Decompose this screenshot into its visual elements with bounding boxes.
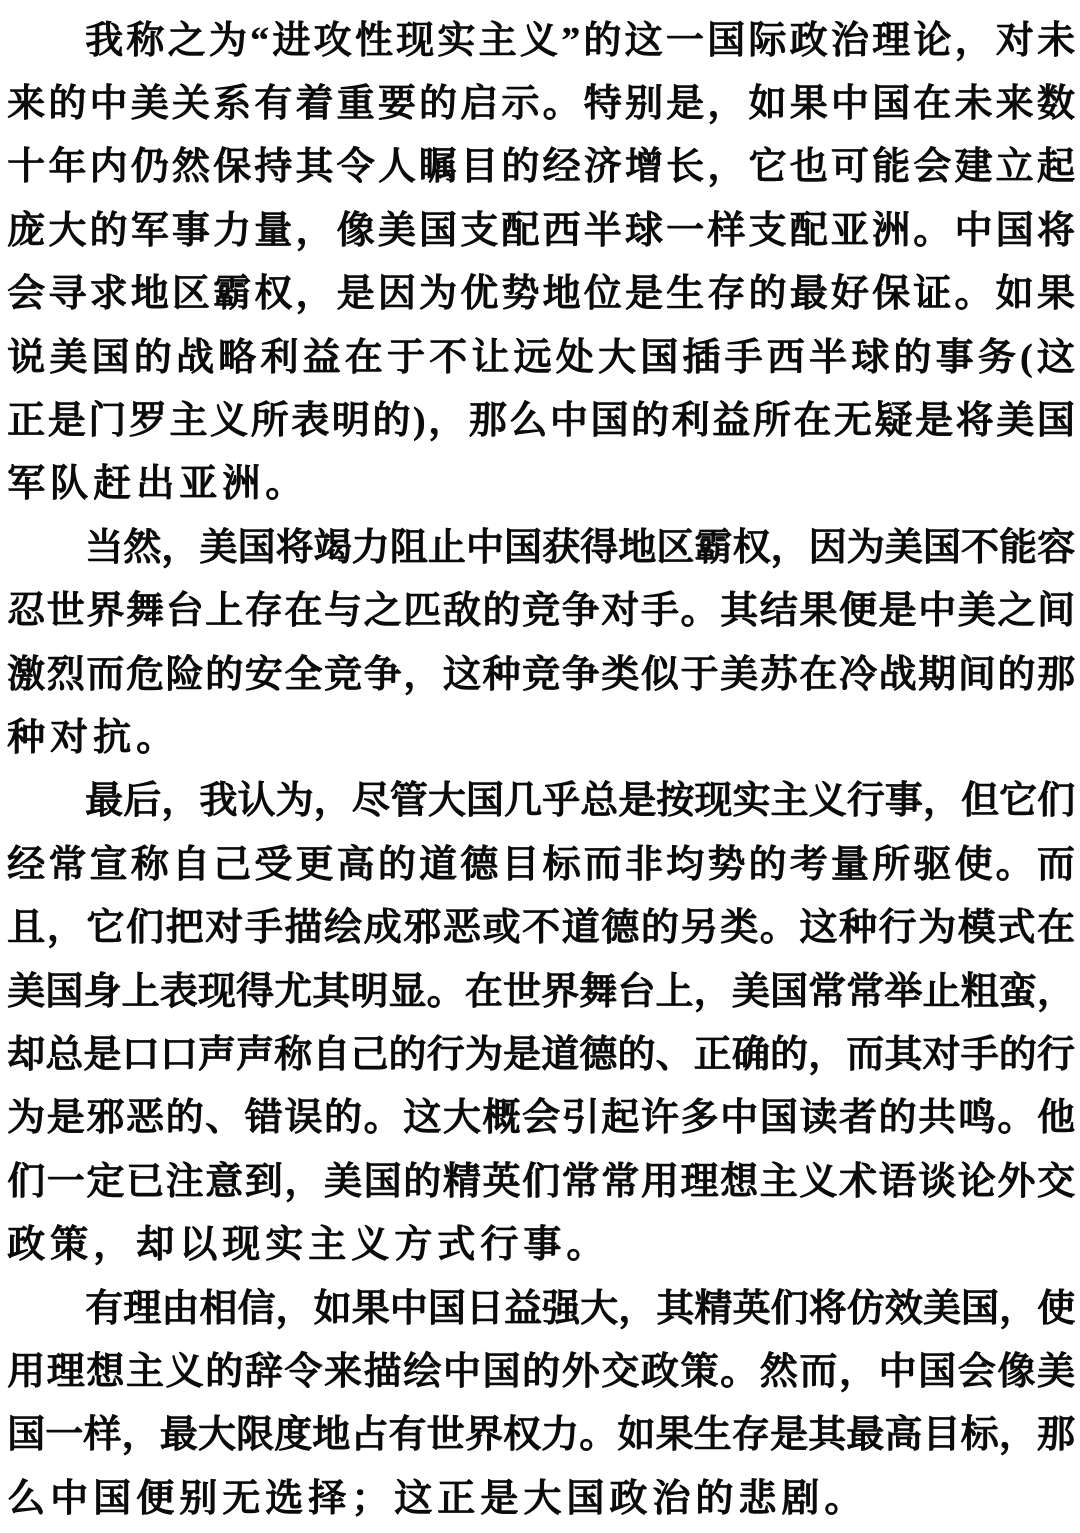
char: 声 — [236, 1036, 274, 1074]
char: 量 — [254, 212, 292, 250]
char: 为 — [918, 909, 956, 947]
char: 然 — [172, 148, 210, 186]
char: 立 — [996, 148, 1034, 186]
char: 台 — [617, 973, 655, 1011]
char: 之 — [168, 22, 206, 60]
char: 大 — [428, 782, 466, 820]
char: 在 — [465, 973, 503, 1011]
char: 果 — [790, 85, 828, 123]
char: 的 — [134, 339, 172, 377]
char: 以 — [179, 1226, 217, 1264]
char: 的 — [324, 1099, 362, 1137]
char: 它 — [86, 909, 124, 947]
char: 像 — [337, 212, 375, 250]
text-line: 当然，美国将竭力阻止中国获得地区霸权，因为美国不能容 — [7, 516, 1075, 579]
char: 是 — [47, 1099, 85, 1137]
char: 地 — [312, 1416, 350, 1454]
char: 治 — [652, 1480, 690, 1518]
char: 实 — [437, 22, 475, 60]
char: 国 — [7, 1416, 45, 1454]
char: 特 — [584, 85, 622, 123]
char: ， — [121, 1416, 159, 1454]
char: 行 — [480, 1226, 518, 1264]
char: ， — [923, 782, 961, 820]
char: 是 — [666, 85, 704, 123]
char: 有 — [85, 1290, 123, 1328]
char: 世 — [427, 1416, 465, 1454]
char: 势 — [707, 846, 745, 884]
char: 。 — [720, 1353, 758, 1391]
char: 果 — [352, 1290, 390, 1328]
char: 地 — [542, 275, 580, 313]
char: 如 — [996, 275, 1034, 313]
char: 口 — [160, 1036, 198, 1074]
char: 主 — [308, 1226, 346, 1264]
char: 常 — [48, 846, 86, 884]
char: ， — [275, 1290, 313, 1328]
text-line: 庞大的军事力量，像美国支配西半球一样支配亚洲。中国将 — [7, 199, 1075, 262]
char: 令 — [337, 148, 375, 186]
char: 不 — [961, 529, 999, 567]
char: 式 — [437, 1226, 475, 1264]
char: 概 — [482, 1099, 520, 1137]
char: 政 — [609, 1480, 647, 1518]
char: 其 — [312, 973, 350, 1011]
char: 尽 — [352, 782, 390, 820]
char: 使 — [1037, 1290, 1075, 1328]
char: 无 — [834, 402, 872, 440]
text-line: 忍世界舞台上存在与之匹敌的竞争对手。其结果便是中美之间 — [7, 580, 1075, 643]
char: 内 — [89, 148, 127, 186]
char: 长 — [666, 148, 704, 186]
char: ， — [707, 85, 745, 123]
char: 其 — [884, 1036, 922, 1074]
char: 便 — [839, 592, 877, 630]
char: 许 — [641, 1099, 679, 1137]
char: 国 — [707, 22, 745, 60]
char: 乎 — [542, 782, 580, 820]
char: 于 — [680, 656, 718, 694]
char: 性 — [355, 22, 393, 60]
char: 手 — [245, 909, 283, 947]
char: 常 — [808, 973, 846, 1011]
char: 国 — [419, 212, 457, 250]
char: 寻 — [48, 275, 86, 313]
text-line: 经常宣称自己受更高的道德目标而非均势的考量所驱使。而 — [7, 833, 1075, 896]
char: 好 — [831, 275, 869, 313]
char: 国 — [640, 339, 678, 377]
char: 日 — [466, 1290, 504, 1328]
char: 现 — [396, 22, 434, 60]
char: 这 — [799, 909, 837, 947]
char: 有 — [254, 85, 292, 123]
char: 最 — [85, 782, 123, 820]
char: 生 — [694, 1416, 732, 1454]
char: 目 — [922, 1416, 960, 1454]
char: 支 — [460, 212, 498, 250]
char: 度 — [274, 1416, 312, 1454]
char: 相 — [199, 1290, 237, 1328]
char: 择 — [308, 1480, 346, 1518]
char: 政 — [789, 22, 827, 60]
char: 的 — [748, 275, 786, 313]
char: 主 — [770, 782, 808, 820]
char: 那 — [1037, 1416, 1075, 1454]
char: 止 — [428, 529, 466, 567]
char: 辞 — [245, 1353, 283, 1391]
char: 强 — [542, 1290, 580, 1328]
char: 绘 — [403, 1353, 441, 1391]
char: 且 — [7, 909, 45, 947]
char: 成 — [363, 909, 401, 947]
char: 是 — [618, 782, 656, 820]
char: 把 — [165, 909, 203, 947]
char: 身 — [83, 973, 121, 1011]
char: ， — [694, 973, 732, 1011]
char: 烈 — [47, 656, 85, 694]
char: 保 — [872, 275, 910, 313]
char: 半 — [809, 339, 847, 377]
char: 竞 — [522, 592, 560, 630]
char: 国 — [45, 973, 83, 1011]
char: 的 — [205, 1353, 243, 1391]
char: 容 — [1037, 529, 1075, 567]
char: 称 — [131, 846, 169, 884]
char: 因 — [808, 529, 846, 567]
char: 。 — [427, 973, 465, 1011]
char: 间 — [1037, 592, 1075, 630]
char: 安 — [245, 656, 283, 694]
char: 而 — [799, 1353, 837, 1391]
char: “ — [250, 22, 269, 60]
char: 。 — [954, 275, 992, 313]
char: 为 — [275, 782, 313, 820]
char: 界 — [541, 973, 579, 1011]
char: 大 — [198, 1416, 236, 1454]
char: ， — [284, 1163, 322, 1201]
char: 略 — [218, 339, 256, 377]
char: 它 — [999, 782, 1037, 820]
char: ， — [428, 402, 466, 440]
char: 式 — [997, 909, 1035, 947]
char: 美 — [885, 529, 923, 567]
char: 行 — [1037, 1036, 1075, 1074]
char: 行 — [878, 909, 916, 947]
char: 争 — [363, 656, 401, 694]
char: 定 — [86, 1163, 124, 1201]
char: 更 — [295, 846, 333, 884]
char: ) — [413, 402, 426, 440]
char: 蛮 — [999, 973, 1037, 1011]
char: 门 — [88, 402, 126, 440]
char: 说 — [7, 339, 45, 377]
char: 交 — [1037, 1163, 1075, 1201]
char: ” — [561, 22, 580, 60]
text-line: 军队赶出亚洲。 — [7, 453, 1075, 516]
char: 十 — [7, 148, 45, 186]
char: 认 — [237, 782, 275, 820]
char: 竞 — [324, 656, 362, 694]
char: 其 — [295, 148, 333, 186]
char: 不 — [522, 909, 560, 947]
char: 如 — [617, 1416, 655, 1454]
char: 。 — [997, 1099, 1035, 1137]
char: 美 — [732, 973, 770, 1011]
char: 对 — [996, 22, 1034, 60]
char: 限 — [236, 1416, 274, 1454]
char: 结 — [760, 592, 798, 630]
char: 一 — [666, 22, 704, 60]
char: 美 — [7, 973, 45, 1011]
char: 而 — [846, 1036, 884, 1074]
char: 理 — [123, 1290, 161, 1328]
char: 是 — [503, 1036, 541, 1074]
char: 获 — [542, 529, 580, 567]
char: 保 — [213, 148, 251, 186]
char: 亚 — [831, 212, 869, 250]
char: 然 — [123, 529, 161, 567]
char: 标 — [542, 846, 580, 884]
char: 而 — [86, 656, 124, 694]
char: 么 — [509, 402, 547, 440]
char: 高 — [337, 846, 375, 884]
char: 是 — [337, 275, 375, 313]
text-line: 有理由相信，如果中国日益强大，其精英们将仿效美国，使 — [7, 1277, 1075, 1340]
char: 国 — [91, 339, 129, 377]
char: 样 — [83, 1416, 121, 1454]
char: 到 — [245, 1163, 283, 1201]
char: 治 — [831, 22, 869, 60]
char: 注 — [165, 1163, 203, 1201]
char: 主 — [478, 22, 516, 60]
char: 进 — [272, 22, 310, 60]
char: 。 — [824, 1480, 862, 1518]
char: 事 — [523, 1226, 561, 1264]
char: 量 — [831, 846, 869, 884]
char: 的 — [419, 85, 457, 123]
text-line: 国一样，最大限度地占有世界权力。如果生存是其最高目标，那 — [7, 1404, 1075, 1467]
char: 增 — [625, 148, 663, 186]
char: 洲 — [222, 465, 260, 503]
char: 中 — [918, 592, 956, 630]
char: 表 — [291, 402, 329, 440]
char: 得 — [236, 973, 274, 1011]
char: 令 — [284, 1353, 322, 1391]
char: 明 — [332, 402, 370, 440]
char: 。 — [136, 719, 174, 757]
char: 势 — [501, 275, 539, 313]
char: 敌 — [443, 592, 481, 630]
char: 义 — [520, 22, 558, 60]
char: 疑 — [874, 402, 912, 440]
char: 数 — [1037, 85, 1075, 123]
char: 国 — [872, 85, 910, 123]
char: 方 — [394, 1226, 432, 1264]
char: 霸 — [694, 529, 732, 567]
char: 宣 — [89, 846, 127, 884]
char: 高 — [884, 1416, 922, 1454]
char: 们 — [1037, 782, 1075, 820]
char: 精 — [443, 1163, 481, 1201]
char: 多 — [680, 1099, 718, 1137]
char: 着 — [295, 85, 333, 123]
char: ， — [954, 22, 992, 60]
char: 国 — [466, 782, 504, 820]
char: 所 — [872, 846, 910, 884]
char: 争 — [562, 592, 600, 630]
char: 义 — [210, 402, 248, 440]
char: 信 — [237, 1290, 275, 1328]
char: 存 — [732, 1416, 770, 1454]
char: 一 — [47, 1163, 85, 1201]
char: 国 — [961, 1290, 999, 1328]
char: 种 — [839, 909, 877, 947]
char: 别 — [625, 85, 663, 123]
char: 的 — [748, 846, 786, 884]
char: 效 — [885, 1290, 923, 1328]
char: 于 — [387, 339, 425, 377]
char: 另 — [680, 909, 718, 947]
char: 示 — [501, 85, 539, 123]
char: 用 — [7, 1353, 45, 1391]
char: 这 — [394, 1480, 432, 1518]
char: 其 — [720, 592, 758, 630]
char: 存 — [707, 275, 745, 313]
char: 配 — [790, 212, 828, 250]
char: 尤 — [274, 973, 312, 1011]
page-text: 我称之为“进攻性现实主义”的这一国际政治理论，对未来的中美关系有着重要的启示。特… — [7, 9, 1075, 1530]
text-line: 最后，我认为，尽管大国几乎总是按现实主义行事，但它们 — [7, 770, 1075, 833]
char: 的 — [631, 402, 669, 440]
char: 邪 — [403, 909, 441, 947]
char: 现 — [222, 1226, 260, 1264]
char: 会 — [522, 1099, 560, 1137]
char: 术 — [839, 1163, 877, 1201]
char: 按 — [656, 782, 694, 820]
char: 能 — [999, 529, 1037, 567]
char: 美 — [720, 656, 758, 694]
char: 理 — [680, 1163, 718, 1201]
char: 来 — [996, 85, 1034, 123]
char: 亚 — [179, 465, 217, 503]
char: 正 — [437, 1480, 475, 1518]
char: 模 — [958, 909, 996, 947]
char: 的 — [878, 1099, 916, 1137]
char: 美 — [1037, 1353, 1075, 1391]
char: 无 — [222, 1480, 260, 1518]
char: 的 — [893, 339, 931, 377]
char: 考 — [790, 846, 828, 884]
char: 益 — [302, 339, 340, 377]
char: 选 — [265, 1480, 303, 1518]
char: 中 — [390, 1290, 428, 1328]
char: 中 — [550, 402, 588, 440]
char: 对 — [50, 719, 88, 757]
char: 类 — [720, 909, 758, 947]
char: 精 — [694, 1290, 732, 1328]
char: 攻 — [313, 22, 351, 60]
char: 位 — [584, 275, 622, 313]
char: 己 — [213, 846, 251, 884]
char: 别 — [179, 1480, 217, 1518]
text-line: 会寻求地区霸权，是因为优势地位是生存的最好保证。如果 — [7, 263, 1075, 326]
char: 国 — [590, 402, 628, 440]
char: 们 — [522, 1163, 560, 1201]
char: 义 — [808, 782, 846, 820]
char: 恶 — [443, 909, 481, 947]
char: 国 — [760, 1099, 798, 1137]
char: 们 — [7, 1163, 45, 1201]
char: 德 — [579, 1036, 617, 1074]
char: 力 — [213, 212, 251, 250]
text-line: 们一定已注意到，美国的精英们常常用理想主义术语谈论外交 — [7, 1150, 1075, 1213]
char: 德 — [601, 909, 639, 947]
char: 美 — [378, 212, 416, 250]
char: 支 — [748, 212, 786, 250]
char: 中 — [89, 85, 127, 123]
char: 止 — [922, 973, 960, 1011]
char: 目 — [501, 846, 539, 884]
char: 中 — [50, 1480, 88, 1518]
char: 瞩 — [419, 148, 457, 186]
char: 为 — [209, 22, 247, 60]
char: 是 — [915, 402, 953, 440]
char: 错 — [245, 1099, 283, 1137]
char: 语 — [878, 1163, 916, 1201]
char: 外 — [997, 1163, 1035, 1201]
char: 。 — [566, 1226, 604, 1264]
char: ， — [93, 1226, 131, 1264]
char: 德 — [460, 846, 498, 884]
char: 如 — [748, 85, 786, 123]
char: 但 — [961, 782, 999, 820]
char: 的 — [641, 909, 679, 947]
char: 这 — [624, 22, 662, 60]
char: 、 — [655, 1036, 693, 1074]
char: 美 — [199, 529, 237, 567]
char: 这 — [443, 656, 481, 694]
char: 然 — [760, 1353, 798, 1391]
char: 粗 — [961, 973, 999, 1011]
char: 主 — [126, 1353, 164, 1391]
char: 。 — [760, 909, 798, 947]
text-line: 种对抗。 — [7, 706, 1075, 769]
char: 读 — [799, 1099, 837, 1137]
char: 期 — [918, 656, 956, 694]
char: 中 — [466, 529, 504, 567]
text-line: 为是邪恶的、错误的。这大概会引起许多中国读者的共鸣。他 — [7, 1087, 1075, 1150]
paragraph: 有理由相信，如果中国日益强大，其精英们将仿效美国，使用理想主义的辞令来描绘中国的… — [7, 1277, 1075, 1531]
char: 我 — [199, 782, 237, 820]
char: 事 — [885, 782, 923, 820]
char: 来 — [324, 1353, 362, 1391]
char: 险 — [165, 656, 203, 694]
char: 关 — [172, 85, 210, 123]
char: 明 — [350, 973, 388, 1011]
char: 论 — [958, 1163, 996, 1201]
text-line: 政策，却以现实主义方式行事。 — [7, 1213, 1075, 1276]
char: 几 — [504, 782, 542, 820]
char: 会 — [7, 275, 45, 313]
char: 年 — [48, 148, 86, 186]
char: 。 — [913, 212, 951, 250]
char: ， — [618, 1290, 656, 1328]
char: 重 — [337, 85, 375, 123]
char: 己 — [350, 1036, 388, 1074]
char: 的 — [999, 1036, 1037, 1074]
char: 建 — [954, 148, 992, 186]
char: 系 — [213, 85, 251, 123]
